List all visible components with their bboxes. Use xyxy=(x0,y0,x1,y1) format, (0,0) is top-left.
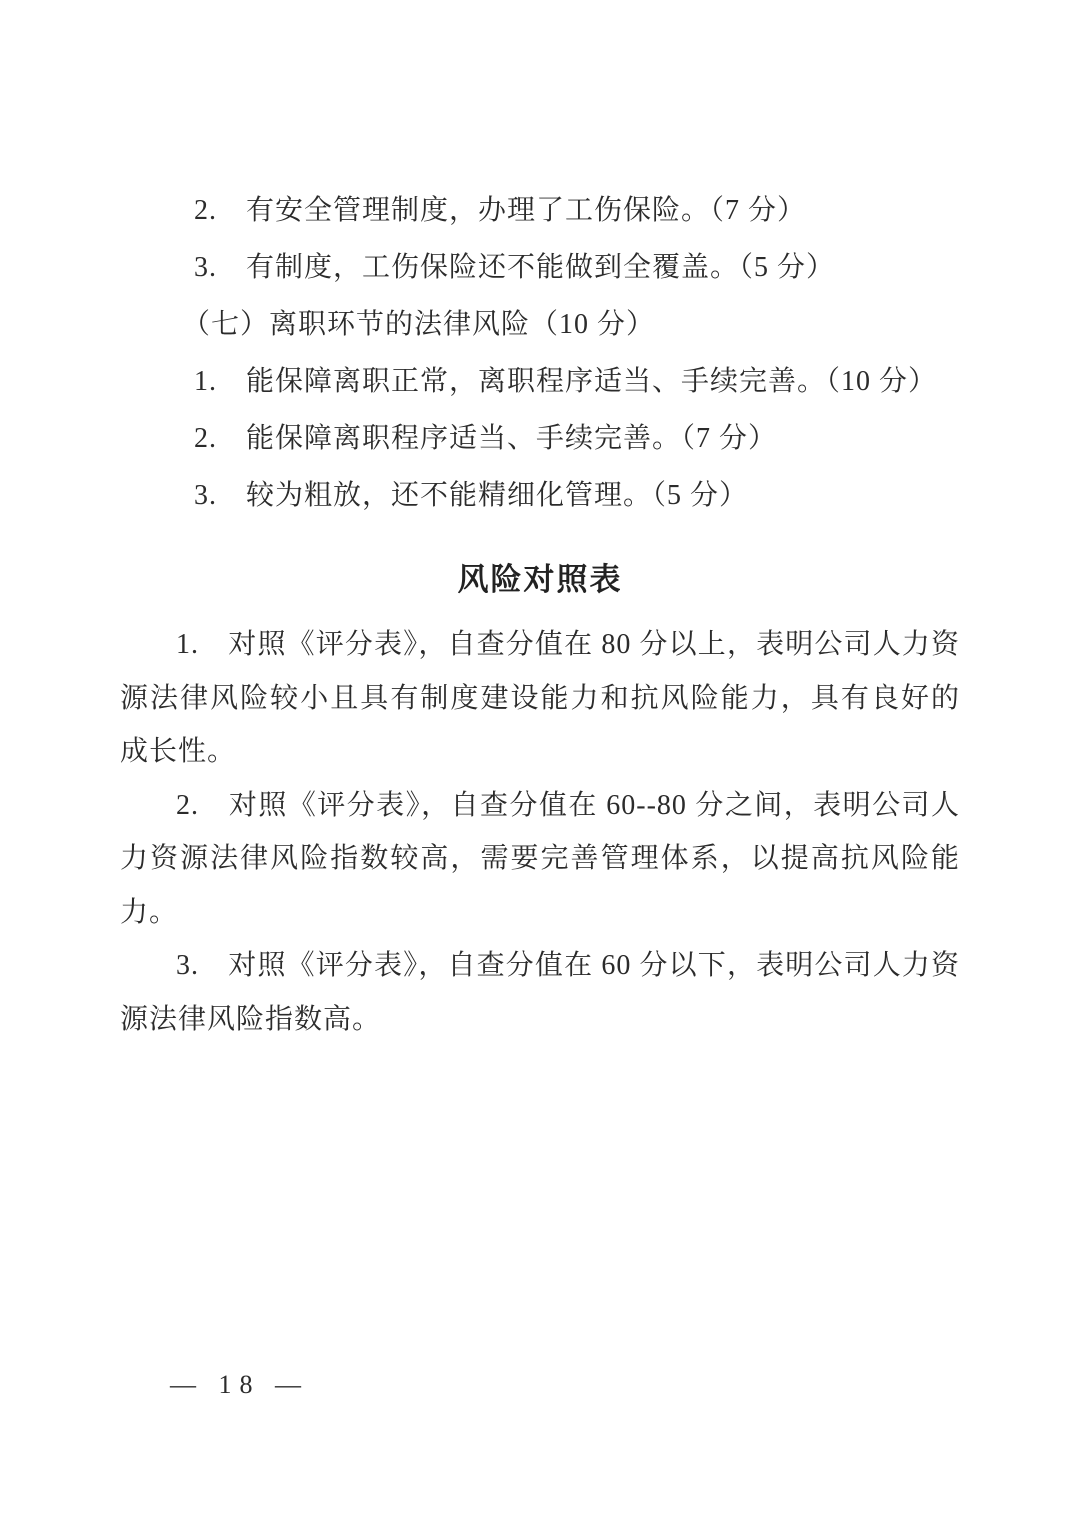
paragraph: 2. 对照《评分表》，自查分值在 60--80 分之间，表明公司人力资源法律风险… xyxy=(120,779,960,940)
document-content: 2. 有安全管理制度，办理了工伤保险。（7 分） 3. 有制度，工伤保险还不能做… xyxy=(0,0,1080,1046)
paragraph: 3. 对照《评分表》，自查分值在 60 分以下，表明公司人力资源法律风险指数高。 xyxy=(120,939,960,1046)
risk-comparison-table-heading: 风险对照表 xyxy=(120,560,960,600)
page-number: — 18 — xyxy=(170,1370,309,1400)
document-page: 2. 有安全管理制度，办理了工伤保险。（7 分） 3. 有制度，工伤保险还不能做… xyxy=(0,0,1080,1527)
section-seven-subheading: （七）离职环节的法律风险（10 分） xyxy=(120,296,960,353)
score-item-line: 3. 有制度，工伤保险还不能做到全覆盖。（5 分） xyxy=(120,239,960,296)
score-item-line: 3. 较为粗放，还不能精细化管理。（5 分） xyxy=(120,467,960,524)
paragraph: 1. 对照《评分表》，自查分值在 80 分以上，表明公司人力资源法律风险较小且具… xyxy=(120,618,960,779)
score-item-line: 1. 能保障离职正常，离职程序适当、手续完善。（10 分） xyxy=(120,353,960,410)
risk-comparison-paragraphs: 1. 对照《评分表》，自查分值在 80 分以上，表明公司人力资源法律风险较小且具… xyxy=(120,618,960,1046)
score-item-line: 2. 能保障离职程序适当、手续完善。（7 分） xyxy=(120,410,960,467)
score-item-line: 2. 有安全管理制度，办理了工伤保险。（7 分） xyxy=(120,182,960,239)
